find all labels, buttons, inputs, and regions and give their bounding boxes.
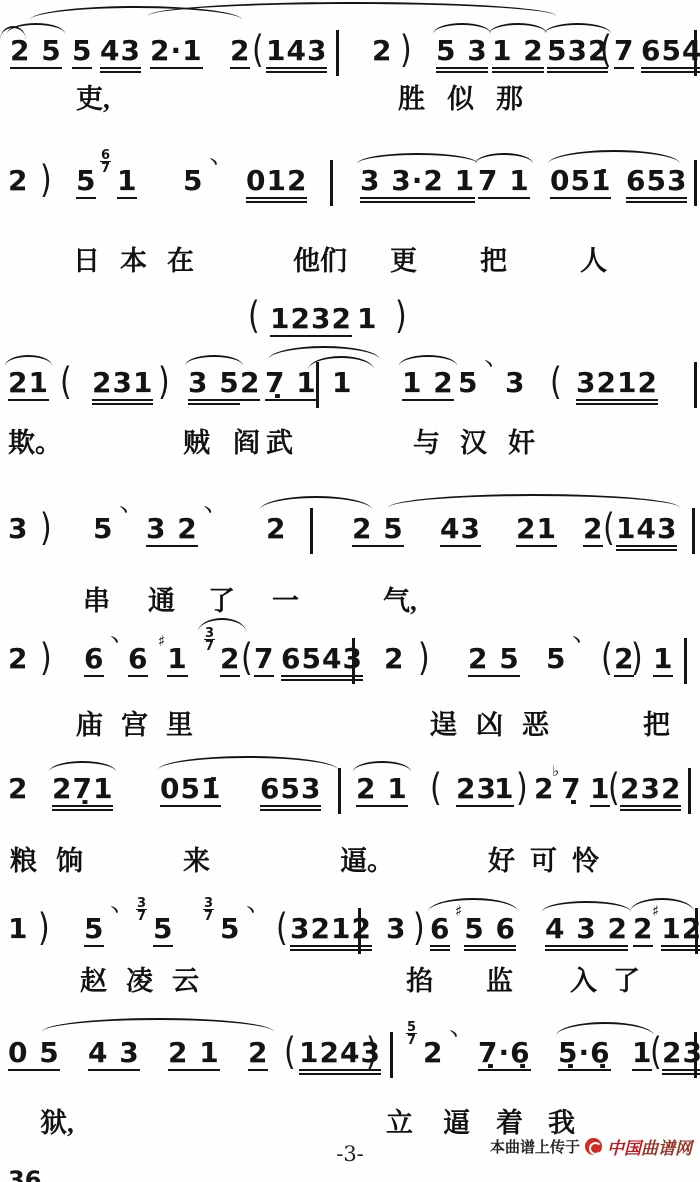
barline <box>694 362 697 408</box>
note-token: 1 <box>8 914 28 945</box>
note-token: 012 <box>246 166 307 199</box>
lyric-char: 立 <box>386 1108 413 1138</box>
notation-cell: 2 <box>8 644 28 675</box>
lyric-char: 狱, <box>40 1108 74 1138</box>
slur-arc <box>42 1018 274 1032</box>
note-token: ( <box>430 770 442 809</box>
phrase-paren: ) <box>516 774 528 805</box>
note-token: 0 5 <box>8 1038 60 1071</box>
notation-cell: 6丶 <box>84 644 124 677</box>
lyric-char: 里 <box>166 710 193 740</box>
note-token: 051̇ <box>550 166 611 199</box>
note-token: 7̣·6̣ <box>478 1038 531 1071</box>
notation-cell: 231 <box>92 368 153 401</box>
lyric-char: 逞 <box>430 710 457 740</box>
note-token: 653 <box>260 774 321 807</box>
barline <box>316 362 319 408</box>
notation-cell: ♯12 <box>652 914 700 947</box>
falling-tone-mark: 丶 <box>205 156 222 172</box>
note-token: ) <box>158 364 170 403</box>
notation-cell: 7 1 <box>478 166 530 199</box>
lyric-char: 欺。 <box>8 428 62 458</box>
notation-cell: 3 <box>8 514 28 545</box>
note-token: 21 <box>8 368 49 401</box>
notation-cell: 1 <box>8 914 28 945</box>
notation-cell: 7 <box>614 36 634 69</box>
phrase-paren: ) <box>395 302 407 333</box>
sheet-music-page: 2 55432·12(1432)5 31 2532(76543吏,胜似那2)56… <box>0 0 700 1182</box>
note-token: ( <box>650 1034 662 1073</box>
notation-cell: 3 <box>386 914 406 945</box>
notation-cell: 2丶 <box>423 1038 463 1069</box>
note-token: 1 <box>494 774 514 807</box>
phrase-paren: ) <box>400 36 412 67</box>
notation-cell: 5̣·6̣ <box>558 1038 611 1071</box>
phrase-paren: ) <box>631 644 643 675</box>
note-token: ( <box>60 364 72 403</box>
slur-arc <box>148 2 556 16</box>
barline <box>684 638 687 684</box>
lyric-char: 可 <box>530 846 557 876</box>
barline <box>692 508 695 554</box>
lyric-char: 来 <box>183 846 210 876</box>
note-token: 6 <box>84 644 104 677</box>
note-token: 6 <box>430 914 450 947</box>
note-token: 1 <box>167 644 187 677</box>
note-token: 5 3 <box>436 36 488 69</box>
lyric-char: 云 <box>172 966 199 996</box>
notation-cell: ♭7̣ <box>552 774 582 805</box>
notation-cell: 2 5 <box>10 36 62 69</box>
lyric-char: 那 <box>496 84 523 114</box>
note-token: 4 3 <box>88 1038 140 1071</box>
lyric-char: 阎 <box>233 428 260 458</box>
lyric-char: 怜 <box>572 846 599 876</box>
note-token: 051̇ <box>160 774 221 807</box>
notation-cell: 6 <box>430 914 450 947</box>
notation-cell: 5丶 <box>84 914 124 947</box>
lyric-char: 似 <box>447 84 474 114</box>
note-token: 2 5 <box>468 644 520 677</box>
note-token: 232 <box>620 774 681 807</box>
notation-cell: 7̣ 1 <box>265 368 317 401</box>
phrase-paren: ) <box>158 368 170 399</box>
note-token: 5 <box>153 914 173 947</box>
note-token: 2 1 <box>168 1038 220 1071</box>
phrase-paren: ) <box>366 1038 378 1069</box>
note-token: 6543 <box>281 644 363 677</box>
notation-cell: ♯1 <box>158 644 188 677</box>
notation-cell: 1 <box>357 304 377 335</box>
barline <box>688 768 691 814</box>
accidental: ♯ <box>455 904 463 919</box>
notation-cell: 4 3 <box>88 1038 140 1071</box>
grace-lower: 7 <box>204 910 213 922</box>
notation-cell: 5 <box>72 36 92 69</box>
note-token: ) <box>366 1034 378 1073</box>
site-logo-icon <box>585 1138 602 1155</box>
credit-label: 本曲谱上传于 <box>490 1136 580 1157</box>
phrase-paren: ( <box>284 1038 296 1069</box>
phrase-paren: ( <box>608 774 620 805</box>
slur-arc <box>548 150 680 164</box>
note-token: 2 <box>8 644 28 675</box>
note-token: 2 5 <box>10 36 62 69</box>
notation-cell: 5丶 <box>546 644 586 675</box>
lyric-char: 凶 <box>476 710 503 740</box>
note-token: ) <box>516 770 528 809</box>
upload-credit: 本曲谱上传于 中国曲谱网 <box>490 1134 692 1159</box>
site-name-cn: 中国 <box>607 1139 641 1158</box>
notation-cell: 2 <box>384 644 404 675</box>
notation-cell: 43 <box>440 514 481 547</box>
note-token: ( <box>241 640 253 679</box>
phrase-paren: ( <box>430 774 442 805</box>
notation-cell: 2 <box>248 1038 268 1071</box>
note-token: 5 <box>458 368 478 399</box>
lyric-char: 日 <box>73 246 100 276</box>
phrase-paren: ( <box>550 368 562 399</box>
notation-cell: 7̣·6̣ <box>478 1038 531 1071</box>
lyric-char: 一 <box>272 586 299 616</box>
note-token: ) <box>40 640 52 679</box>
notation-cell: 6543 <box>281 644 363 677</box>
phrase-paren: ) <box>40 166 52 197</box>
note-token: 231 <box>92 368 153 401</box>
notation-cell: 3212 <box>576 368 658 401</box>
note-token: ( <box>284 1034 296 1073</box>
notation-cell: 3 <box>505 368 525 399</box>
note-token: 5 <box>93 514 113 545</box>
note-token: 143 <box>616 514 677 547</box>
note-token: ) <box>395 298 407 337</box>
falling-tone-mark: 丶 <box>568 634 585 650</box>
lyric-char: 把 <box>643 710 670 740</box>
note-token: 5 <box>76 166 96 199</box>
notation-cell: 5丶 <box>220 914 260 945</box>
notation-cell: ♯5 6 <box>455 914 516 947</box>
note-token: 5 <box>546 644 566 675</box>
lyric-char: 入 <box>570 966 597 996</box>
barline <box>694 1032 697 1078</box>
site-name-rest: 曲谱网 <box>641 1139 692 1158</box>
note-token: 2 <box>8 774 28 805</box>
notation-cell: 232 <box>620 774 681 807</box>
note-token: 143 <box>266 36 327 69</box>
notation-cell: 2 <box>583 514 603 547</box>
note-token: 5 6 <box>464 914 516 947</box>
phrase-paren: ) <box>40 514 52 545</box>
note-token: 2 <box>633 914 653 947</box>
barline <box>352 638 355 684</box>
notation-cell: 012 <box>246 166 307 199</box>
notation-cell: 2 <box>220 644 240 677</box>
notation-cell: 1 2 <box>402 368 454 401</box>
notation-cell: 21 <box>516 514 557 547</box>
note-token: 1 2 <box>402 368 454 401</box>
lyric-char: 通 <box>148 586 175 616</box>
notation-cell: 5 3 <box>436 36 488 69</box>
lyric-char: 了 <box>208 586 235 616</box>
lyric-char: 在 <box>167 246 194 276</box>
note-token: 2 5 <box>352 514 404 547</box>
lyric-char: 庙 <box>76 710 103 740</box>
lyric-char: 串 <box>83 586 110 616</box>
note-token: 3 <box>8 514 28 545</box>
note-token: 2 <box>423 1038 443 1069</box>
lyric-char: 好 <box>488 846 515 876</box>
notation-cell: 1 <box>494 774 514 807</box>
notation-cell: 1232 <box>270 304 352 337</box>
phrase-paren: ( <box>252 36 264 67</box>
phrase-paren: ( <box>603 514 615 545</box>
notation-cell: 2 <box>230 36 250 69</box>
notation-cell: 7 <box>254 644 274 677</box>
notation-cell: 143 <box>266 36 327 69</box>
note-token: 2 1 <box>356 774 408 807</box>
note-token: 3 <box>386 914 406 945</box>
note-token: 1232 <box>270 304 352 337</box>
grace-note: 37 <box>204 628 215 652</box>
note-token: ( <box>603 510 615 549</box>
barline <box>694 30 697 76</box>
lyric-char: 气, <box>383 586 417 616</box>
note-token: ) <box>418 640 430 679</box>
notation-cell: 2 <box>633 914 653 947</box>
lyric-char: 把 <box>480 246 507 276</box>
barline <box>336 30 339 76</box>
notation-cell: 2 <box>372 36 392 67</box>
notation-cell: 3 2丶 <box>146 514 217 547</box>
lyric-char: 恶 <box>522 710 549 740</box>
note-token: 6543 <box>641 36 700 69</box>
notation-cell: 5 <box>153 914 173 947</box>
note-token: ( <box>252 32 264 71</box>
falling-tone-mark: 丶 <box>242 904 259 920</box>
site-name: 中国曲谱网 <box>607 1134 692 1159</box>
note-token: 6 <box>128 644 148 677</box>
phrase-paren: ( <box>248 302 260 333</box>
notation-cell: 653 <box>260 774 321 807</box>
note-token: 5̣·6̣ <box>558 1038 611 1071</box>
note-token: ( <box>608 770 620 809</box>
note-token: 2 <box>240 368 260 401</box>
phrase-paren: ( <box>276 914 288 945</box>
accidental: ♯ <box>158 634 166 649</box>
grace-lower: 7 <box>137 910 146 922</box>
slur-arc <box>630 898 694 912</box>
note-token: ( <box>600 32 612 71</box>
accidental: ♯ <box>652 904 660 919</box>
note-token: 2 <box>266 514 286 545</box>
lyric-char: 人 <box>580 246 607 276</box>
barline <box>330 160 333 206</box>
falling-tone-mark: 丶 <box>445 1028 462 1044</box>
grace-lower: 7 <box>205 640 214 652</box>
notation-cell: 5丶 <box>458 368 498 399</box>
note-token: 3 5 <box>188 368 240 401</box>
note-token: 7̣ 1 <box>265 368 317 401</box>
notation-cell: 5丶 <box>93 514 133 545</box>
note-token: 3 2 <box>146 514 198 547</box>
notation-cell: 27̣1 <box>52 774 113 807</box>
note-token: ) <box>38 910 50 949</box>
barline <box>694 160 697 206</box>
note-token: 43 <box>440 514 481 547</box>
notation-cell: 2 <box>266 514 286 545</box>
phrase-paren: ( <box>601 644 613 675</box>
note-token: 7 <box>254 644 274 677</box>
lyric-char: 奸 <box>508 428 535 458</box>
grace-lower: 7 <box>407 1034 416 1046</box>
notation-cell: 2 <box>8 166 28 197</box>
slur-arc <box>158 756 338 770</box>
note-token: ) <box>40 510 52 549</box>
notation-cell: 2·1 <box>150 36 203 69</box>
notation-cell: 051̇ <box>550 166 611 199</box>
note-token: 2 <box>583 514 603 547</box>
notation-cell: 051̇ <box>160 774 221 807</box>
lyric-char: 武 <box>266 428 293 458</box>
note-token: 1 <box>653 644 673 677</box>
lyric-char: 逼。 <box>340 846 394 876</box>
note-token: 2·1 <box>150 36 203 69</box>
notation-cell: 6543 <box>641 36 700 69</box>
note-token: ( <box>248 298 260 337</box>
lyric-char: 赵 <box>80 966 107 996</box>
notation-cell: 653 <box>626 166 687 199</box>
note-token: 43 <box>100 36 141 69</box>
note-token: 2 <box>220 644 240 677</box>
phrase-paren: ( <box>60 368 72 399</box>
phrase-paren: ) <box>413 914 425 945</box>
accidental: ♭ <box>552 764 560 779</box>
lyric-char: 宫 <box>121 710 148 740</box>
notation-cell: 2 <box>240 368 260 401</box>
slur-arc <box>428 898 518 912</box>
note-token: ( <box>601 640 613 679</box>
lyric-char: 他们 <box>293 246 347 276</box>
phrase-paren: ( <box>600 36 612 67</box>
note-token: 23 <box>456 774 497 807</box>
barline <box>695 908 698 954</box>
note-token: 2 <box>8 166 28 197</box>
note-token: 1 <box>332 368 352 399</box>
notation-cell: 1 <box>653 644 673 677</box>
notation-cell: 5丶 <box>183 166 223 197</box>
slur-arc <box>556 1022 654 1036</box>
notation-cell: 1 <box>332 368 352 399</box>
lyric-char: 逼 <box>443 1108 470 1138</box>
notation-cell: 2 <box>8 774 28 805</box>
grace-note: 37 <box>203 898 214 922</box>
note-token: ) <box>413 910 425 949</box>
notation-cell: 143 <box>616 514 677 547</box>
note-token: 7 <box>614 36 634 69</box>
notation-cell: 5 <box>76 166 96 199</box>
note-token: 5 <box>84 914 104 947</box>
barline <box>358 908 361 954</box>
notation-cell: 23 <box>456 774 497 807</box>
notation-cell: 1 2 <box>492 36 544 69</box>
lyric-char: 胜 <box>398 84 425 114</box>
phrase-paren: ) <box>418 644 430 675</box>
falling-tone-mark: 丶 <box>106 634 123 650</box>
notation-cell: 43 <box>100 36 141 69</box>
note-token: 3 3·2 1 <box>360 166 475 199</box>
lyric-char: 粮 <box>10 846 37 876</box>
falling-tone-mark: 丶 <box>200 504 217 520</box>
lyric-char: 与 <box>413 428 440 458</box>
lyric-char: 汉 <box>460 428 487 458</box>
barline <box>310 508 313 554</box>
grace-note: 37 <box>136 898 147 922</box>
note-token: 1 2 <box>492 36 544 69</box>
barline <box>390 1032 393 1078</box>
grace-note: 57 <box>406 1022 417 1046</box>
lyric-char: 吏, <box>76 84 110 114</box>
note-token: 2 <box>384 644 404 675</box>
lyric-char: 贼 <box>183 428 210 458</box>
notation-cell: 2 1 <box>356 774 408 807</box>
note-token: 7 1 <box>478 166 530 199</box>
note-token: 7̣ <box>561 774 581 805</box>
note-token: 3212 <box>576 368 658 401</box>
note-token: 21 <box>516 514 557 547</box>
note-token: 4 3 2 <box>545 914 628 947</box>
phrase-paren: ( <box>650 1038 662 1069</box>
corner-fragment: 36 <box>8 1168 41 1182</box>
note-token: ( <box>550 364 562 403</box>
note-token: 5 <box>220 914 240 945</box>
lyric-char: 凌 <box>126 966 153 996</box>
lyric-char: 掐 <box>406 966 433 996</box>
notation-cell: 3 5 <box>188 368 240 401</box>
falling-tone-mark: 丶 <box>115 504 132 520</box>
note-token: 5 <box>72 36 92 69</box>
note-token: 2 <box>248 1038 268 1071</box>
note-token: 2 <box>372 36 392 67</box>
note-token: 5 <box>183 166 203 197</box>
note-token: ( <box>276 910 288 949</box>
note-token: ) <box>631 640 643 679</box>
barline <box>338 768 341 814</box>
note-token: 2 <box>230 36 250 69</box>
lyric-char: 了 <box>613 966 640 996</box>
note-token: 1 <box>117 166 137 199</box>
phrase-paren: ) <box>40 644 52 675</box>
note-token: ) <box>400 32 412 71</box>
notation-cell: 1 <box>117 166 137 199</box>
note-token: 27̣1 <box>52 774 113 807</box>
grace-note: 67 <box>100 150 111 174</box>
notation-cell: 2 5 <box>468 644 520 677</box>
lyric-char: 本 <box>120 246 147 276</box>
notation-cell: 0 5 <box>8 1038 60 1071</box>
notation-cell: 2 5 <box>352 514 404 547</box>
phrase-paren: ) <box>38 914 50 945</box>
notation-cell: 21 <box>8 368 49 401</box>
notation-cell: 2 1 <box>168 1038 220 1071</box>
note-token: 3 <box>505 368 525 399</box>
notation-cell: 3 3·2 1 <box>360 166 475 199</box>
slur-arc <box>388 494 680 508</box>
lyric-char: 监 <box>486 966 513 996</box>
falling-tone-mark: 丶 <box>480 358 497 374</box>
slur-arc <box>260 496 372 510</box>
grace-lower: 7 <box>101 162 110 174</box>
note-token: ) <box>40 162 52 201</box>
